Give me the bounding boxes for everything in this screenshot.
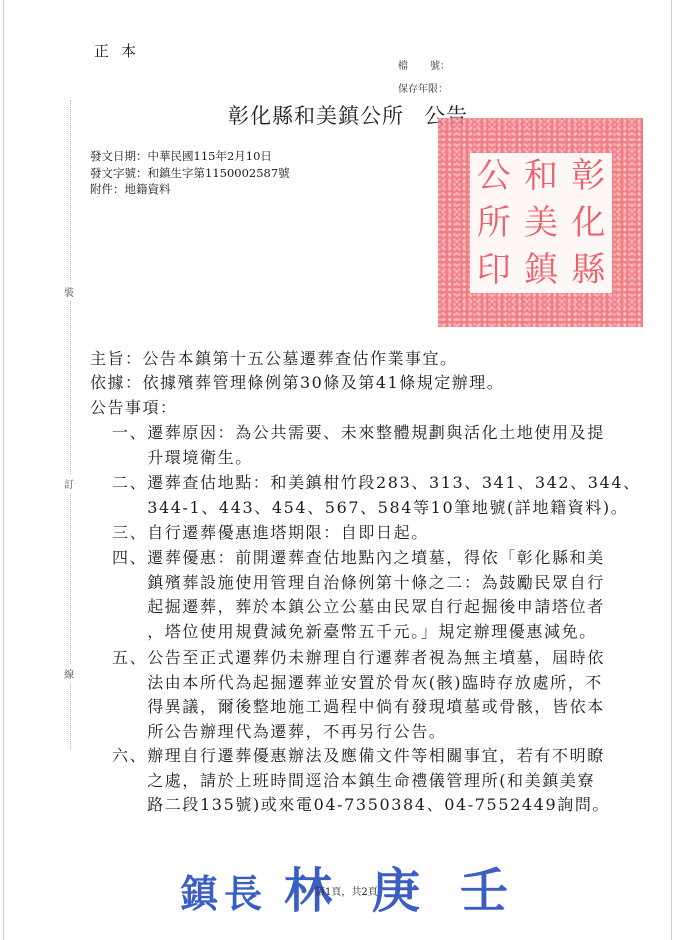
seal-char: 縣 — [565, 246, 612, 293]
announcement-item: 一、 遷葬原因：為公共需要、未來整體規劃與活化土地使用及提 升環境衛生。 — [112, 421, 617, 470]
item-line: 公告至正式遷葬仍未辦理自行遷葬者視為無主墳墓，屆時依 — [147, 646, 617, 671]
item-line: 辦理自行遷葬優惠辦法及應備文件等相關事宜，若有不明瞭 — [147, 744, 617, 769]
copy-label: 正本 — [94, 40, 148, 61]
announcement-item: 三、 自行遷葬優惠進塔期限：自即日起。 — [112, 521, 617, 546]
seal-char: 美 — [517, 200, 564, 247]
seal-char: 鎮 — [517, 246, 564, 293]
item-line: 遷葬原因：為公共需要、未來整體規劃與活化土地使用及提 — [147, 421, 617, 446]
seal-inner: 彰 化 縣 和 美 鎮 公 所 印 — [470, 153, 612, 293]
issue-info: 發文日期：中華民國115年2月10日 發文字號：和鎮生字第1150002587號… — [90, 148, 290, 198]
item-line: 升環境衛生。 — [147, 446, 617, 471]
item-line: ，塔位使用規費減免新臺幣五千元。」規定辦理優惠減免。 — [147, 620, 617, 645]
item-number: 五、 — [112, 646, 147, 744]
item-number: 三、 — [112, 521, 147, 546]
seal-char: 和 — [517, 153, 564, 200]
file-number-label-part1: 檔 — [398, 61, 408, 72]
item-line: 遷葬優惠：前開遷葬查估地點內之墳墓，得依「彰化縣和美 — [147, 546, 617, 571]
item-line: 得異議，爾後整地施工過程中倘有發現墳墓或骨骸，皆依本 — [147, 695, 617, 720]
retention-period-label: 保存年限： — [398, 80, 448, 95]
item-number: 六、 — [112, 744, 147, 818]
basis: 依據：依據殯葬管理條例第30條及第41條規定辦理。 — [90, 371, 504, 395]
item-line: 344-1、443、454、567、584等10筆地號(詳地籍資料)。 — [147, 496, 641, 521]
item-number: 四、 — [112, 546, 147, 644]
seal-char: 公 — [470, 153, 517, 200]
seal-char: 彰 — [565, 153, 612, 200]
binding-mark: 線 — [64, 664, 74, 683]
item-line: 法由本所代為起掘遷葬並安置於骨灰(骸)臨時存放處所，不 — [147, 671, 617, 696]
item-number: 一、 — [112, 421, 147, 470]
file-number-label: 檔號： — [398, 57, 450, 72]
announcement-item: 六、 辦理自行遷葬優惠辦法及應備文件等相關事宜，若有不明瞭 之處，請於上班時間逕… — [112, 744, 617, 818]
item-line: 路二段135號)或來電04-7350384、04-7552449詢問。 — [147, 793, 617, 818]
binding-mark: 訂 — [64, 474, 74, 493]
items-header: 公告事項： — [90, 396, 178, 420]
item-number: 二、 — [112, 471, 147, 520]
announcement-item: 二、 遷葬查估地點：和美鎮柑竹段283、313、341、342、344、 344… — [112, 471, 617, 520]
binding-mark: 裝 — [64, 282, 74, 301]
signature-title: 鎮長 — [180, 871, 268, 916]
page-number: 第1頁，共2頁 — [315, 883, 378, 898]
attachment: 附件：地籍資料 — [90, 181, 290, 198]
item-line: 所公告辦理代為遷葬，不再另行公告。 — [147, 720, 617, 745]
seal-char: 印 — [470, 246, 517, 293]
subject: 主旨：公告本鎮第十五公墓遷葬查估作業事宜。 — [90, 347, 458, 371]
document-title: 彰化縣和美鎮公所公告 — [228, 100, 468, 130]
item-line: 鎮殯葬設施使用管理自治條例第十條之二：為鼓勵民眾自行 — [147, 571, 617, 596]
announcement-item: 五、 公告至正式遷葬仍未辦理自行遷葬者視為無主墳墓，屆時依 法由本所代為起掘遷葬… — [112, 646, 617, 744]
seal-char: 所 — [470, 200, 517, 247]
file-number-label-part2: 號： — [430, 61, 450, 72]
item-line: 遷葬查估地點：和美鎮柑竹段283、313、341、342、344、 — [147, 471, 641, 496]
issue-number: 發文字號：和鎮生字第1150002587號 — [90, 165, 290, 182]
item-line: 之處，請於上班時間逕洽本鎮生命禮儀管理所(和美鎮美寮 — [147, 769, 617, 794]
item-line: 自行遷葬優惠進塔期限：自即日起。 — [147, 521, 617, 546]
item-line: 起掘遷葬，葬於本鎮公立公墓由民眾自行起掘後申請塔位者 — [147, 595, 617, 620]
issue-date: 發文日期：中華民國115年2月10日 — [90, 148, 290, 165]
announcement-item: 四、 遷葬優惠：前開遷葬查估地點內之墳墓，得依「彰化縣和美 鎮殯葬設施使用管理自… — [112, 546, 617, 644]
binding-line — [70, 100, 71, 750]
seal-char: 化 — [565, 200, 612, 247]
official-seal: 彰 化 縣 和 美 鎮 公 所 印 — [438, 118, 643, 327]
title-organization: 彰化縣和美鎮公所 — [228, 104, 404, 128]
